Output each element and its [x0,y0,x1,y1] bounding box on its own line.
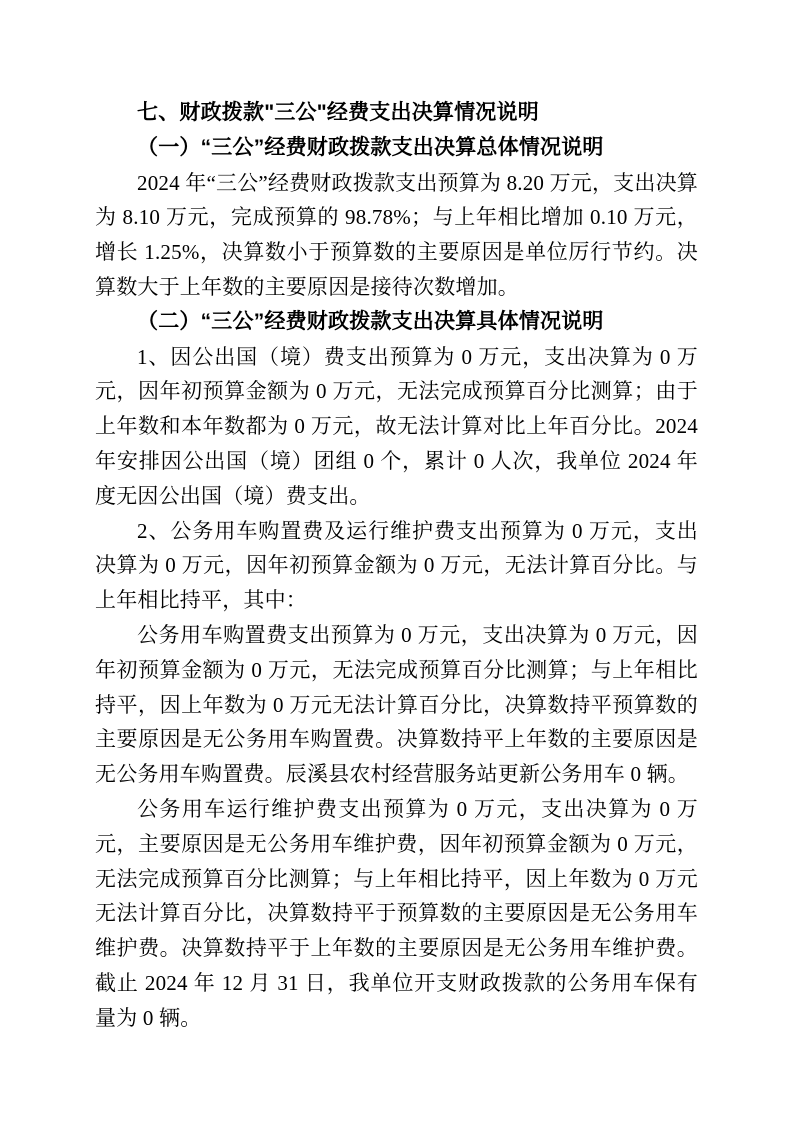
subsection-heading-specific-situation: （二）“三公”经费财政拨款支出决算具体情况说明 [95,305,698,340]
subsection-heading-overall-situation: （一）“三公”经费财政拨款支出决算总体情况说明 [95,131,698,166]
document-content: 七、财政拨款"三公"经费支出决算情况说明 （一）“三公”经费财政拨款支出决算总体… [95,96,698,1036]
paragraph-official-vehicle-total: 2、公务用车购置费及运行维护费支出预算为 0 万元，支出决算为 0 万元，因年初… [95,514,698,618]
section-heading-three-public-expenses: 七、财政拨款"三公"经费支出决算情况说明 [95,96,698,131]
paragraph-vehicle-maintenance-expense: 公务用车运行维护费支出预算为 0 万元，支出决算为 0 万元，主要原因是无公务用… [95,792,698,1036]
paragraph-overseas-travel-expense: 1、因公出国（境）费支出预算为 0 万元，支出决算为 0 万元，因年初预算金额为… [95,340,698,514]
paragraph-vehicle-purchase-expense: 公务用车购置费支出预算为 0 万元，支出决算为 0 万元，因年初预算金额为 0 … [95,618,698,792]
paragraph-overall-summary: 2024 年“三公”经费财政拨款支出预算为 8.20 万元，支出决算为 8.10… [95,166,698,305]
document-page: 七、财政拨款"三公"经费支出决算情况说明 （一）“三公”经费财政拨款支出决算总体… [0,0,793,1122]
